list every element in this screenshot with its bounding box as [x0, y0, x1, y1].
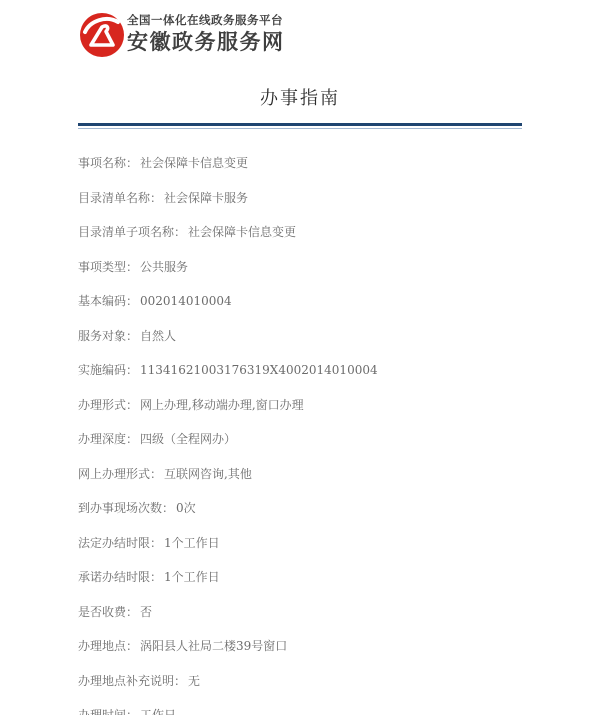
field-row: 事项类型：公共服务	[78, 261, 522, 273]
field-label: 到办事现场次数：	[78, 501, 174, 515]
field-value: 社会保障卡信息变更	[188, 225, 296, 239]
field-label: 目录清单子项名称：	[78, 225, 186, 239]
field-label: 办理深度：	[78, 432, 138, 446]
field-value: 四级（全程网办）	[140, 432, 236, 446]
field-label: 事项类型：	[78, 260, 138, 274]
field-label: 服务对象：	[78, 329, 138, 343]
field-value: 0次	[176, 501, 196, 515]
field-label: 办理地点补充说明：	[78, 674, 186, 688]
field-row: 基本编码：002014010004	[78, 295, 522, 307]
field-label: 承诺办结时限：	[78, 570, 162, 584]
field-label: 目录清单名称：	[78, 191, 162, 205]
field-row: 服务对象：自然人	[78, 330, 522, 342]
site-name: 安徽政务服务网	[127, 31, 285, 55]
field-value: 社会保障卡信息变更	[140, 156, 248, 170]
field-label: 事项名称：	[78, 156, 138, 170]
field-row: 办理形式：网上办理,移动端办理,窗口办理	[78, 399, 522, 411]
field-value: 涡阳县人社局二楼39号窗口	[140, 639, 287, 653]
field-value: 否	[140, 605, 152, 619]
field-value: 社会保障卡服务	[164, 191, 248, 205]
anhui-logo-icon	[80, 13, 124, 57]
field-row: 办理时间：工作日	[78, 709, 522, 715]
field-row: 到办事现场次数：0次	[78, 502, 522, 514]
field-row: 目录清单子项名称：社会保障卡信息变更	[78, 226, 522, 238]
field-value: 无	[188, 674, 200, 688]
field-value: 1个工作日	[164, 536, 220, 550]
field-label: 办理地点：	[78, 639, 138, 653]
field-value: 1个工作日	[164, 570, 220, 584]
field-row: 目录清单名称：社会保障卡服务	[78, 192, 522, 204]
field-value: 002014010004	[140, 294, 232, 308]
field-row: 网上办理形式：互联网咨询,其他	[78, 468, 522, 480]
field-value: 自然人	[140, 329, 176, 343]
field-value: 网上办理,移动端办理,窗口办理	[140, 398, 304, 412]
field-list: 事项名称：社会保障卡信息变更 目录清单名称：社会保障卡服务 目录清单子项名称：社…	[78, 129, 522, 715]
site-brand: 全国一体化在线政务服务平台 安徽政务服务网	[127, 15, 285, 55]
field-row: 办理深度：四级（全程网办）	[78, 433, 522, 445]
site-header: 全国一体化在线政务服务平台 安徽政务服务网	[0, 0, 600, 58]
field-label: 网上办理形式：	[78, 467, 162, 481]
field-value: 11341621003176319X4002014010004	[140, 363, 378, 377]
field-label: 实施编码：	[78, 363, 138, 377]
field-value: 互联网咨询,其他	[164, 467, 252, 481]
field-label: 基本编码：	[78, 294, 138, 308]
field-value: 工作日	[140, 708, 176, 715]
field-row: 是否收费：否	[78, 606, 522, 618]
field-value: 公共服务	[140, 260, 188, 274]
field-row: 事项名称：社会保障卡信息变更	[78, 157, 522, 169]
field-label: 办理形式：	[78, 398, 138, 412]
field-row: 法定办结时限：1个工作日	[78, 537, 522, 549]
field-row: 办理地点：涡阳县人社局二楼39号窗口	[78, 640, 522, 652]
field-row: 承诺办结时限：1个工作日	[78, 571, 522, 583]
field-label: 法定办结时限：	[78, 536, 162, 550]
field-row: 办理地点补充说明：无	[78, 675, 522, 687]
page-title: 办事指南	[78, 84, 522, 110]
field-label: 是否收费：	[78, 605, 138, 619]
platform-label: 全国一体化在线政务服务平台	[127, 15, 285, 28]
site-logo-link[interactable]	[80, 13, 124, 57]
guide-content: 办事指南 事项名称：社会保障卡信息变更 目录清单名称：社会保障卡服务 目录清单子…	[78, 84, 522, 715]
field-label: 办理时间：	[78, 708, 138, 715]
field-row: 实施编码：11341621003176319X4002014010004	[78, 364, 522, 376]
